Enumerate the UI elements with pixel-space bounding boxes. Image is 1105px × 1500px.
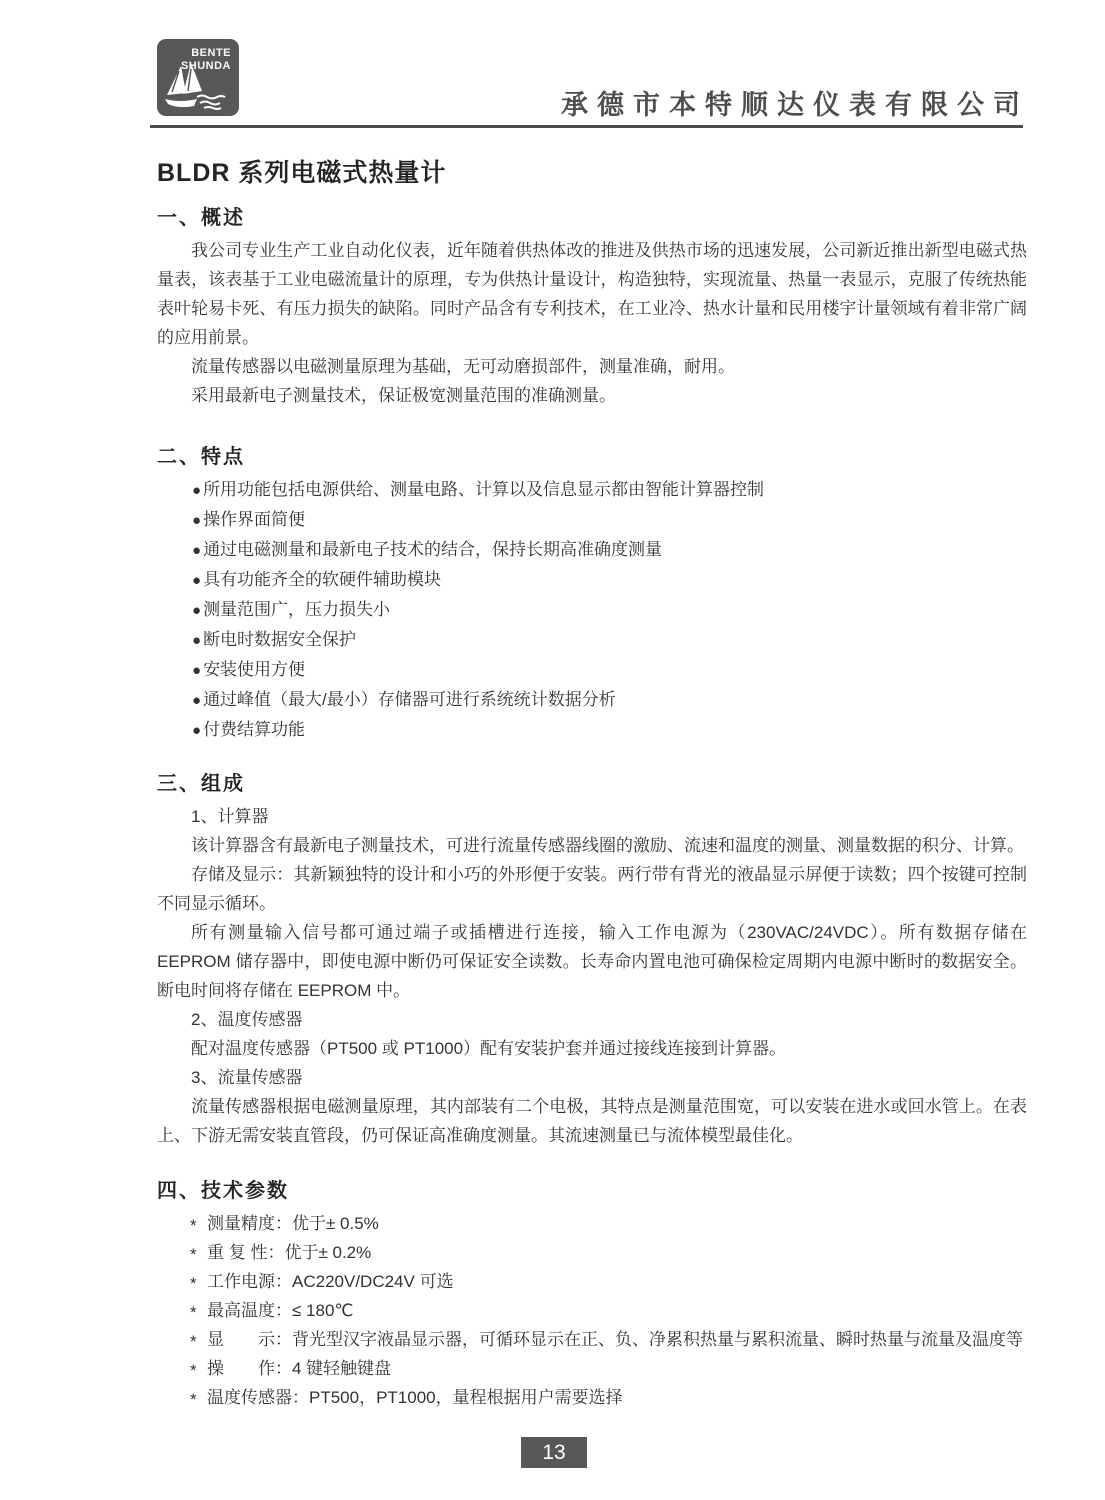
spec-text: 最高温度：≤ 180℃ <box>207 1301 354 1320</box>
bullet-icon: ● <box>192 722 201 739</box>
section-heading-features: 二、特点 <box>157 444 1027 471</box>
composition-subheading: 1、计算器 <box>157 802 1027 831</box>
feature-text: 通过电磁测量和最新电子技术的结合，保持长期高准确度测量 <box>203 540 662 559</box>
page-number: 13 <box>542 1441 565 1465</box>
logo-text-line1: BENTE <box>157 47 231 60</box>
feature-item: ●通过峰值（最大/最小）存储器可进行系统统计数据分析 <box>157 685 1027 715</box>
document-title: BLDR 系列电磁式热量计 <box>157 157 1027 189</box>
spec-item: *重 复 性：优于± 0.2% <box>157 1238 1027 1267</box>
section-heading-overview: 一、概述 <box>157 205 1027 232</box>
spec-text: 重 复 性：优于± 0.2% <box>207 1243 371 1262</box>
company-name: 承德市本特顺达仪表有限公司 <box>561 83 1029 122</box>
feature-item: ●测量范围广，压力损失小 <box>157 595 1027 625</box>
spec-text: 显 示：背光型汉字液晶显示器，可循环显示在正、负、净累积热量与累积流量、瞬时热量… <box>207 1330 1023 1349</box>
composition-paragraph: 所有测量输入信号都可通过端子或插槽进行连接，输入工作电源为（230VAC/24V… <box>157 918 1027 1005</box>
feature-item: ●所用功能包括电源供给、测量电路、计算以及信息显示都由智能计算器控制 <box>157 475 1027 505</box>
bullet-icon: ● <box>192 482 201 499</box>
spec-text: 温度传感器：PT500，PT1000，量程根据用户需要选择 <box>207 1388 623 1407</box>
feature-item: ●操作界面简便 <box>157 505 1027 535</box>
bullet-icon: ● <box>192 512 201 529</box>
asterisk-icon: * <box>190 1298 197 1327</box>
feature-text: 测量范围广，压力损失小 <box>203 600 390 619</box>
section-heading-composition: 三、组成 <box>157 771 1027 798</box>
composition-paragraph: 流量传感器根据电磁测量原理，其内部装有二个电极，其特点是测量范围宽，可以安装在进… <box>157 1092 1027 1150</box>
bullet-icon: ● <box>192 662 201 679</box>
feature-text: 安装使用方便 <box>203 660 305 679</box>
asterisk-icon: * <box>190 1269 197 1298</box>
feature-text: 具有功能齐全的软硬件辅助模块 <box>203 570 441 589</box>
header-rule <box>150 125 1023 128</box>
company-logo: BENTE SHUNDA <box>157 39 239 116</box>
sailboat-icon <box>160 62 228 112</box>
spec-item: *测量精度：优于± 0.5% <box>157 1209 1027 1238</box>
feature-text: 通过峰值（最大/最小）存储器可进行系统统计数据分析 <box>203 690 616 709</box>
feature-text: 所用功能包括电源供给、测量电路、计算以及信息显示都由智能计算器控制 <box>203 480 764 499</box>
asterisk-icon: * <box>190 1327 197 1356</box>
section-heading-specs: 四、技术参数 <box>157 1178 1027 1205</box>
page-number-badge: 13 <box>521 1437 587 1468</box>
spec-item: *温度传感器：PT500，PT1000，量程根据用户需要选择 <box>157 1383 1027 1412</box>
asterisk-icon: * <box>190 1211 197 1240</box>
bullet-icon: ● <box>192 572 201 589</box>
spec-item: *显 示：背光型汉字液晶显示器，可循环显示在正、负、净累积热量与累积流量、瞬时热… <box>157 1325 1027 1354</box>
bullet-icon: ● <box>192 542 201 559</box>
asterisk-icon: * <box>190 1356 197 1385</box>
document-page: BENTE SHUNDA 承德市本特顺达仪表有限公司 BLDR 系列电磁式热量计… <box>0 0 1105 1500</box>
spec-item: *最高温度：≤ 180℃ <box>157 1296 1027 1325</box>
overview-line: 流量传感器以电磁测量原理为基础，无可动磨损部件，测量准确，耐用。 <box>157 352 1027 381</box>
document-body: BLDR 系列电磁式热量计 一、概述 我公司专业生产工业自动化仪表，近年随着供热… <box>157 157 1027 1412</box>
feature-text: 断电时数据安全保护 <box>203 630 356 649</box>
overview-paragraph: 我公司专业生产工业自动化仪表，近年随着供热体改的推进及供热市场的迅速发展，公司新… <box>157 236 1027 352</box>
composition-paragraph: 存储及显示：其新颖独特的设计和小巧的外形便于安装。两行带有背光的液晶显示屏便于读… <box>157 860 1027 918</box>
composition-subheading: 2、温度传感器 <box>157 1005 1027 1034</box>
feature-item: ●付费结算功能 <box>157 715 1027 745</box>
bullet-icon: ● <box>192 632 201 649</box>
spec-text: 工作电源：AC220V/DC24V 可选 <box>207 1272 454 1291</box>
bullet-icon: ● <box>192 602 201 619</box>
composition-subheading: 3、流量传感器 <box>157 1063 1027 1092</box>
composition-paragraph: 该计算器含有最新电子测量技术，可进行流量传感器线圈的激励、流速和温度的测量、测量… <box>157 831 1027 860</box>
feature-item: ●具有功能齐全的软硬件辅助模块 <box>157 565 1027 595</box>
spec-text: 测量精度：优于± 0.5% <box>207 1214 379 1233</box>
spec-text: 操 作：4 键轻触键盘 <box>207 1359 391 1378</box>
feature-item: ●断电时数据安全保护 <box>157 625 1027 655</box>
spec-item: *工作电源：AC220V/DC24V 可选 <box>157 1267 1027 1296</box>
composition-paragraph: 配对温度传感器（PT500 或 PT1000）配有安装护套并通过接线连接到计算器… <box>157 1034 1027 1063</box>
bullet-icon: ● <box>192 692 201 709</box>
feature-text: 付费结算功能 <box>203 720 305 739</box>
asterisk-icon: * <box>190 1240 197 1269</box>
feature-item: ●通过电磁测量和最新电子技术的结合，保持长期高准确度测量 <box>157 535 1027 565</box>
feature-item: ●安装使用方便 <box>157 655 1027 685</box>
asterisk-icon: * <box>190 1385 197 1414</box>
feature-text: 操作界面简便 <box>203 510 305 529</box>
overview-line: 采用最新电子测量技术，保证极宽测量范围的准确测量。 <box>157 381 1027 410</box>
spec-item: *操 作：4 键轻触键盘 <box>157 1354 1027 1383</box>
